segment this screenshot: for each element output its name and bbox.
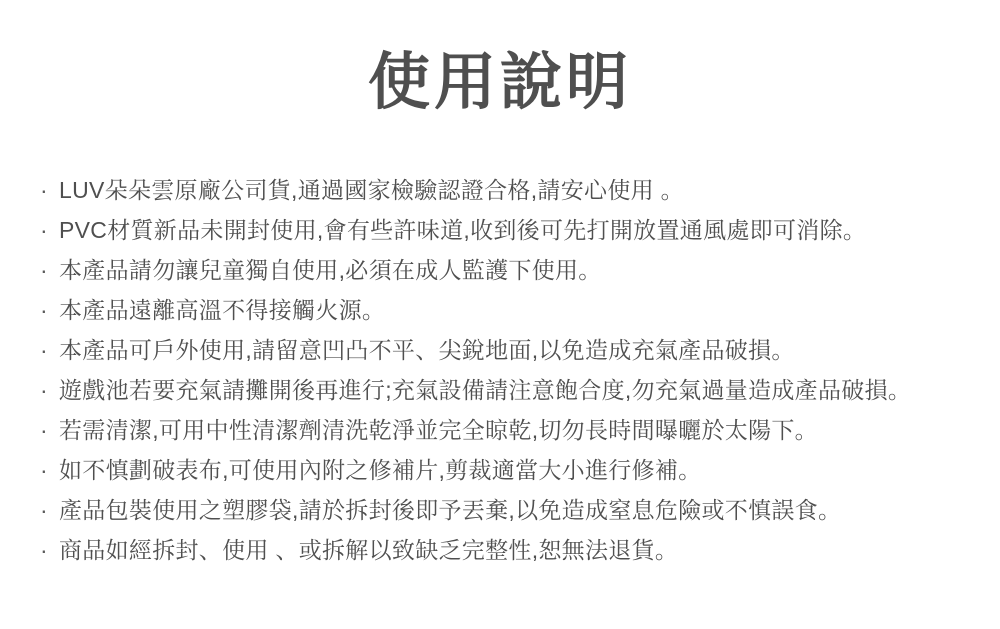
bullet-icon: · [40, 210, 59, 250]
bullet-icon: · [40, 410, 59, 450]
bullet-icon: · [40, 530, 59, 570]
instruction-text: 本產品可戶外使用,請留意凹凸不平、尖銳地面,以免造成充氣產品破損。 [59, 330, 980, 370]
list-item: · 本產品請勿讓兒童獨自使用,必須在成人監護下使用。 [40, 250, 980, 290]
page-title: 使用說明 [0, 0, 1000, 122]
usage-instructions-page: 使用說明 · LUV朵朵雲原廠公司貨,通過國家檢驗認證合格,請安心使用 。 · … [0, 0, 1000, 629]
bullet-icon: · [40, 170, 59, 210]
bullet-icon: · [40, 250, 59, 290]
bullet-icon: · [40, 450, 59, 490]
instruction-text: PVC材質新品未開封使用,會有些許味道,收到後可先打開放置通風處即可消除。 [59, 210, 980, 250]
instruction-text: 產品包裝使用之塑膠袋,請於拆封後即予丟棄,以免造成窒息危險或不慎誤食。 [59, 490, 980, 530]
list-item: · 若需清潔,可用中性清潔劑清洗乾淨並完全晾乾,切勿長時間曝曬於太陽下。 [40, 410, 980, 450]
list-item: · 如不慎劃破表布,可使用內附之修補片,剪裁適當大小進行修補。 [40, 450, 980, 490]
instruction-text: 如不慎劃破表布,可使用內附之修補片,剪裁適當大小進行修補。 [59, 450, 980, 490]
list-item: · 本產品遠離高溫不得接觸火源。 [40, 290, 980, 330]
instruction-text: 商品如經拆封、使用 、或拆解以致缺乏完整性,恕無法退貨。 [59, 530, 980, 570]
bullet-icon: · [40, 370, 59, 410]
instruction-text: 本產品請勿讓兒童獨自使用,必須在成人監護下使用。 [59, 250, 980, 290]
bullet-icon: · [40, 330, 59, 370]
list-item: · 商品如經拆封、使用 、或拆解以致缺乏完整性,恕無法退貨。 [40, 530, 980, 570]
instruction-list: · LUV朵朵雲原廠公司貨,通過國家檢驗認證合格,請安心使用 。 · PVC材質… [0, 122, 1000, 570]
list-item: · PVC材質新品未開封使用,會有些許味道,收到後可先打開放置通風處即可消除。 [40, 210, 980, 250]
bullet-icon: · [40, 290, 59, 330]
list-item: · 遊戲池若要充氣請攤開後再進行;充氣設備請注意飽合度,勿充氣過量造成產品破損。 [40, 370, 980, 410]
bullet-icon: · [40, 490, 59, 530]
list-item: · 本產品可戶外使用,請留意凹凸不平、尖銳地面,以免造成充氣產品破損。 [40, 330, 980, 370]
instruction-text: 遊戲池若要充氣請攤開後再進行;充氣設備請注意飽合度,勿充氣過量造成產品破損。 [59, 370, 980, 410]
instruction-text: 本產品遠離高溫不得接觸火源。 [59, 290, 980, 330]
instruction-text: LUV朵朵雲原廠公司貨,通過國家檢驗認證合格,請安心使用 。 [59, 170, 980, 210]
list-item: · LUV朵朵雲原廠公司貨,通過國家檢驗認證合格,請安心使用 。 [40, 170, 980, 210]
list-item: · 產品包裝使用之塑膠袋,請於拆封後即予丟棄,以免造成窒息危險或不慎誤食。 [40, 490, 980, 530]
instruction-text: 若需清潔,可用中性清潔劑清洗乾淨並完全晾乾,切勿長時間曝曬於太陽下。 [59, 410, 980, 450]
